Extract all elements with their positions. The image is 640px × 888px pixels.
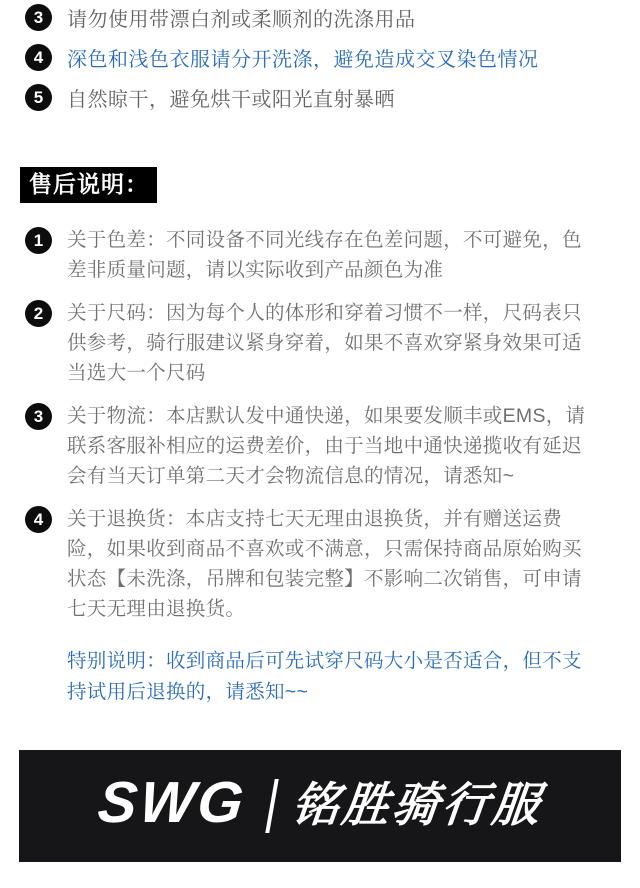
- wash-care-item: 4 深色和浅色衣服请分开洗涤，避免造成交叉染色情况: [25, 43, 620, 72]
- wash-care-text: 自然晾干，避免烘干或阳光直射暴晒: [67, 83, 395, 112]
- note-item-returns: 4 关于退换货：本店支持七天无理由退换货，并有赠送运费险，如果收到商品不喜欢或不…: [25, 504, 620, 624]
- step-3-badge: 3: [25, 4, 52, 31]
- note-text: 关于色差：不同设备不同光线存在色差问题，不可避免，色差非质量问题，请以实际收到产…: [67, 225, 599, 285]
- brand-name-chinese: 铭胜骑行服: [289, 781, 544, 832]
- note-item-color-difference: 1 关于色差：不同设备不同光线存在色差问题，不可避免，色差非质量问题，请以实际收…: [25, 225, 620, 285]
- note-item-sizing: 2 关于尺码：因为每个人的体形和穿着习惯不一样，尺码表只供参考，骑行服建议紧身穿…: [25, 298, 620, 388]
- wash-care-item: 3 请勿使用带漂白剂或柔顺剂的洗涤用品: [25, 3, 620, 32]
- brand-divider-bar: [265, 779, 279, 833]
- note-text: 关于退换货：本店支持七天无理由退换货，并有赠送运费险，如果收到商品不喜欢或不满意…: [67, 504, 599, 624]
- after-sales-header: 售后说明：: [20, 167, 157, 203]
- note-item-logistics: 3 关于物流：本店默认发中通快递，如果要发顺丰或EMS，请联系客服补相应的运费差…: [25, 401, 620, 491]
- step-5-badge: 5: [25, 84, 52, 111]
- note-2-badge: 2: [25, 300, 52, 327]
- special-note: 特别说明：收到商品后可先试穿尺码大小是否适合，但不支持试用后退换的，请悉知~~: [67, 646, 592, 708]
- note-text: 关于物流：本店默认发中通快递，如果要发顺丰或EMS，请联系客服补相应的运费差价，…: [67, 401, 599, 491]
- wash-care-item: 5 自然晾干，避免烘干或阳光直射暴晒: [25, 83, 620, 112]
- brand-banner: SWG 铭胜骑行服: [19, 750, 621, 862]
- wash-care-text: 请勿使用带漂白剂或柔顺剂的洗涤用品: [67, 3, 416, 32]
- note-4-badge: 4: [25, 506, 52, 533]
- note-text: 关于尺码：因为每个人的体形和穿着习惯不一样，尺码表只供参考，骑行服建议紧身穿着，…: [67, 298, 599, 388]
- wash-care-list: 3 请勿使用带漂白剂或柔顺剂的洗涤用品 4 深色和浅色衣服请分开洗涤，避免造成交…: [0, 3, 640, 112]
- after-sales-notes: 1 关于色差：不同设备不同光线存在色差问题，不可避免，色差非质量问题，请以实际收…: [0, 203, 640, 624]
- step-4-badge: 4: [25, 44, 52, 71]
- wash-care-text-highlighted: 深色和浅色衣服请分开洗涤，避免造成交叉染色情况: [67, 43, 539, 72]
- note-1-badge: 1: [25, 227, 52, 254]
- note-3-badge: 3: [25, 403, 52, 430]
- product-detail-page: 3 请勿使用带漂白剂或柔顺剂的洗涤用品 4 深色和浅色衣服请分开洗涤，避免造成交…: [0, 0, 640, 862]
- brand-logo-swg: SWG: [95, 774, 249, 838]
